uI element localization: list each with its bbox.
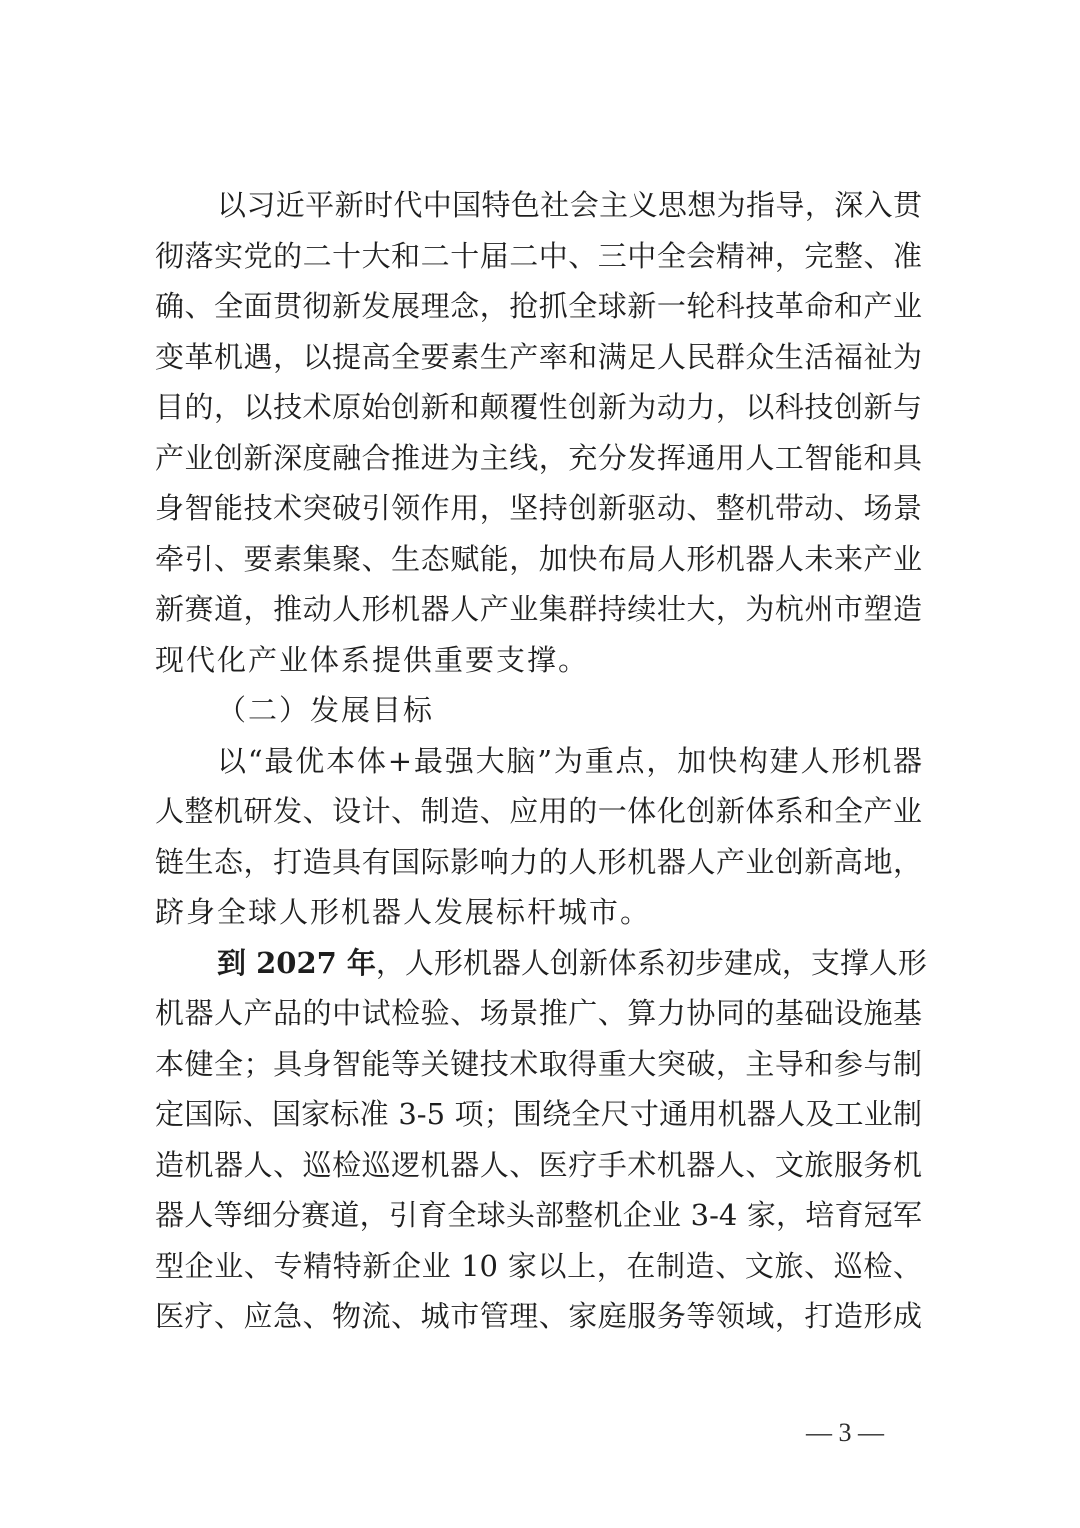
- text-line: 跻身全球人形机器人发展标杆城市。: [155, 887, 922, 938]
- text-line: 定国际、国家标准 3-5 项；围绕全尺寸通用机器人及工业制: [155, 1089, 922, 1140]
- document-page: 以习近平新时代中国特色社会主义思想为指导，深入贯 彻落实党的二十大和二十届二中、…: [0, 0, 1080, 1528]
- text-line: 产业创新深度融合推进为主线，充分发挥通用人工智能和具: [155, 433, 922, 484]
- text-line: 以“最优本体+最强大脑”为重点，加快构建人形机器: [155, 736, 922, 787]
- text-line: 以习近平新时代中国特色社会主义思想为指导，深入贯: [155, 180, 922, 231]
- text-line: 牵引、要素集聚、生态赋能，加快布局人形机器人未来产业: [155, 534, 922, 585]
- text-line: 造机器人、巡检巡逻机器人、医疗手术机器人、文旅服务机: [155, 1140, 922, 1191]
- text-line: 链生态，打造具有国际影响力的人形机器人产业创新高地，: [155, 837, 922, 888]
- text-line: 确、全面贯彻新发展理念，抢抓全球新一轮科技革命和产业: [155, 281, 922, 332]
- text-line: 本健全；具身智能等关键技术取得重大突破，主导和参与制: [155, 1039, 922, 1090]
- text-line: 型企业、专精特新企业 10 家以上，在制造、文旅、巡检、: [155, 1241, 922, 1292]
- text-line: 彻落实党的二十大和二十届二中、三中全会精神，完整、准: [155, 231, 922, 282]
- heading-development-goals: （二）发展目标: [155, 685, 922, 736]
- section-heading: （二）发展目标: [155, 685, 922, 736]
- paragraph-development-goal: 以“最优本体+最强大脑”为重点，加快构建人形机器 人整机研发、设计、制造、应用的…: [155, 736, 922, 938]
- bold-year-lead: 到 2027 年: [217, 946, 376, 980]
- text-line: 现代化产业体系提供重要支撑。: [155, 635, 922, 686]
- text-line: 医疗、应急、物流、城市管理、家庭服务等领域，打造形成: [155, 1291, 922, 1342]
- paragraph-goal-2027: 到 2027 年，人形机器人创新体系初步建成，支撑人形 机器人产品的中试检验、场…: [155, 938, 922, 1342]
- text-line: 变革机遇，以提高全要素生产率和满足人民群众生活福祉为: [155, 332, 922, 383]
- text-line: 到 2027 年，人形机器人创新体系初步建成，支撑人形: [155, 938, 922, 989]
- text-line: 目的，以技术原始创新和颠覆性创新为动力，以科技创新与: [155, 382, 922, 433]
- text-line: 器人等细分赛道，引育全球头部整机企业 3-4 家，培育冠军: [155, 1190, 922, 1241]
- document-body: 以习近平新时代中国特色社会主义思想为指导，深入贯 彻落实党的二十大和二十届二中、…: [155, 180, 922, 1342]
- paragraph-guiding-ideology: 以习近平新时代中国特色社会主义思想为指导，深入贯 彻落实党的二十大和二十届二中、…: [155, 180, 922, 685]
- text-line: 身智能技术突破引领作用，坚持创新驱动、整机带动、场景: [155, 483, 922, 534]
- text-line: 机器人产品的中试检验、场景推广、算力协同的基础设施基: [155, 988, 922, 1039]
- text-line: 新赛道，推动人形机器人产业集群持续壮大，为杭州市塑造: [155, 584, 922, 635]
- text-run: ，人形机器人创新体系初步建成，支撑人形: [376, 946, 927, 980]
- page-number: — 3 —: [800, 1418, 890, 1448]
- text-line: 人整机研发、设计、制造、应用的一体化创新体系和全产业: [155, 786, 922, 837]
